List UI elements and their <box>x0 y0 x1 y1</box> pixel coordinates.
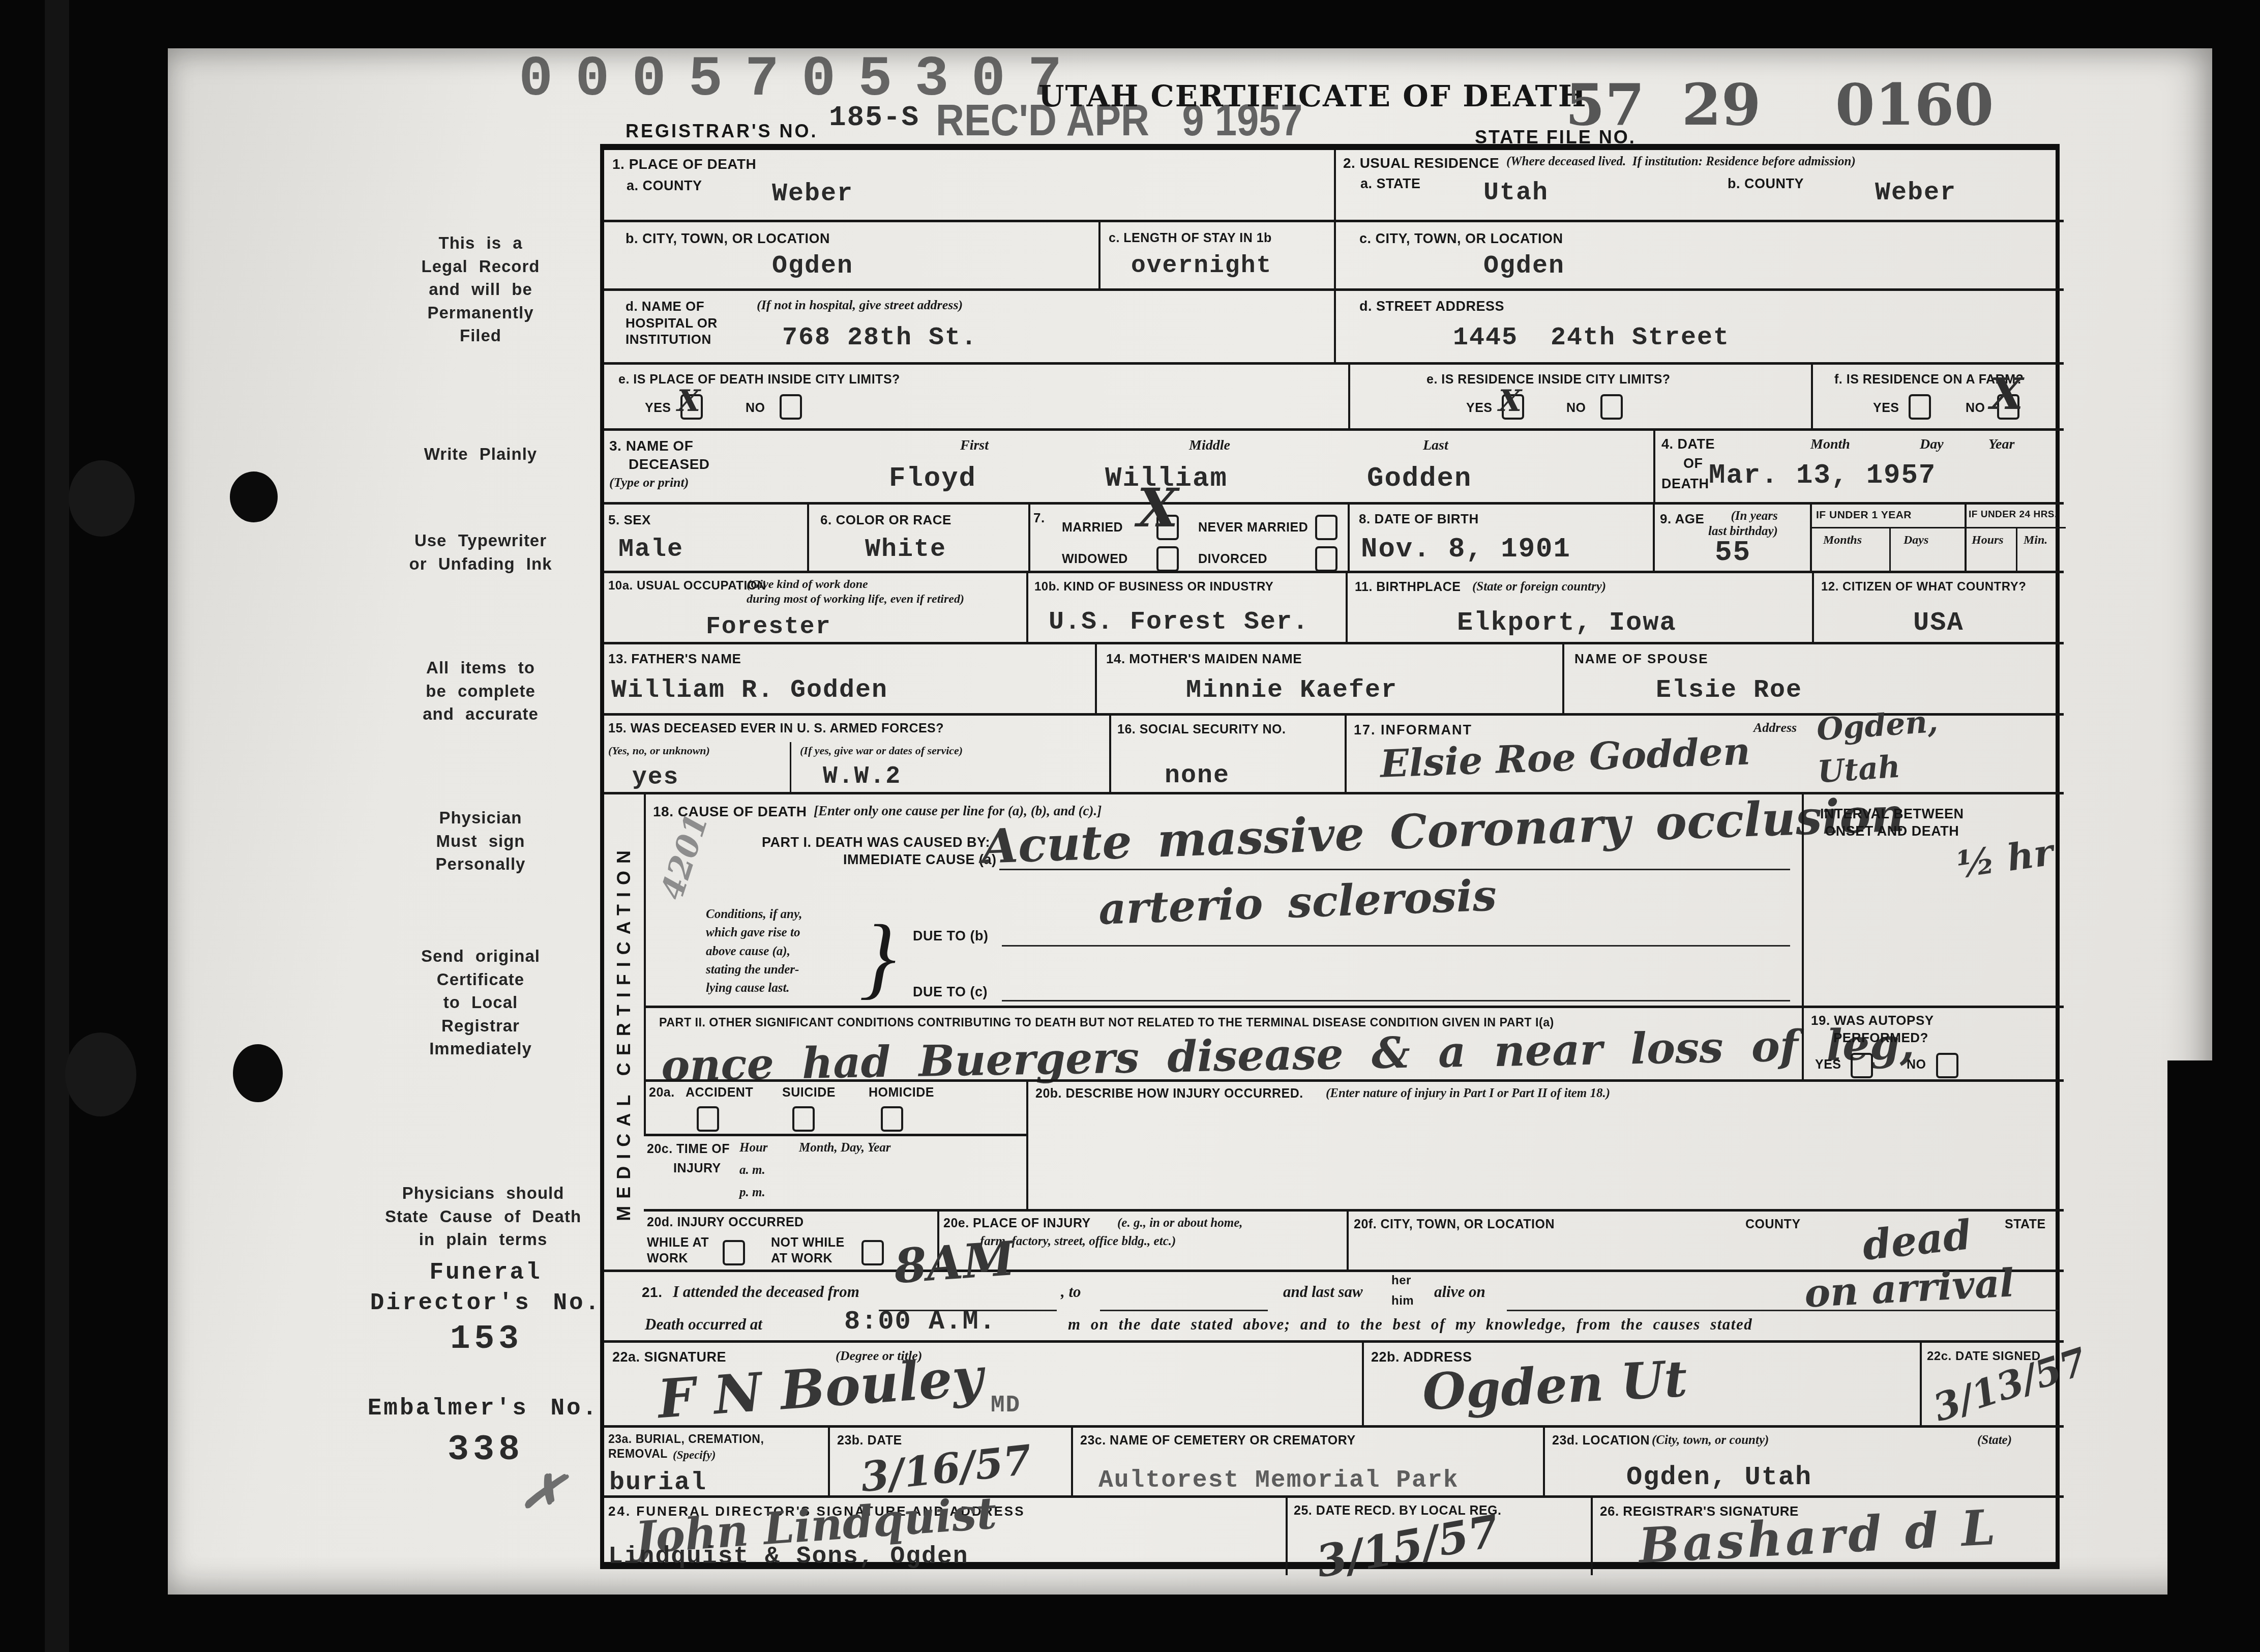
cell-race: 6. COLOR OR RACE White <box>807 502 1028 571</box>
injury-city-label: 20f. CITY, TOWN, OR LOCATION <box>1354 1217 1555 1232</box>
residence-city-label: c. CITY, TOWN, OR LOCATION <box>1359 230 1563 248</box>
yes-label: YES <box>645 400 671 416</box>
cell-2ab: 2. USUAL RESIDENCE (Where deceased lived… <box>1334 150 2064 220</box>
date-received-value: 3/15/57 <box>1314 1510 1502 1583</box>
cause-b-value: arterio sclerosis <box>1098 875 1497 929</box>
cell-dob: 8. DATE OF BIRTH Nov. 8, 1901 <box>1348 502 1653 571</box>
cell-informant: 17. INFORMANT Address Elsie Roe Godden O… <box>1345 713 2064 792</box>
informant-label: 17. INFORMANT <box>1354 722 1472 739</box>
cell-1a: 1. PLACE OF DEATH a. COUNTY Weber <box>604 150 1334 220</box>
registrars-no-value: 185-S <box>829 103 919 132</box>
street-address-value: 1445 24th Street <box>1453 326 1730 351</box>
place-of-injury-label: 20e. PLACE OF INJURY <box>943 1216 1091 1231</box>
cell-physician-address: 22b. ADDRESS Ogden Ut <box>1362 1340 1920 1425</box>
border-left <box>0 0 168 1652</box>
month-header: Month <box>1810 436 1850 453</box>
cell-spouse: NAME OF SPOUSE Elsie Roe <box>1562 642 2064 713</box>
embalmers-no-label: Embalmer's No. <box>336 1394 631 1424</box>
cemetery-label: 23c. NAME OF CEMETERY OR CREMATORY <box>1080 1433 1356 1449</box>
cell-occupation: 10a. USUAL OCCUPATION (Give kind of work… <box>604 571 1026 642</box>
cell-mother: 14. MOTHER'S MAIDEN NAME Minnie Kaefer <box>1095 642 1562 713</box>
suicide-checkbox <box>792 1106 815 1132</box>
county-label: a. COUNTY <box>627 178 702 195</box>
homicide-label: HOMICIDE <box>869 1085 934 1101</box>
mdy-header: Month, Day, Year <box>799 1140 891 1156</box>
alive-on-value: on arrival <box>1803 1264 2015 1312</box>
armed-forces-note1: (Yes, no, or unknown) <box>608 744 710 757</box>
hospital-note: (If not in hospital, give street address… <box>757 297 963 313</box>
no-label: NO <box>1966 400 1985 416</box>
farm-yes-checkbox <box>1909 394 1931 420</box>
county-of-death-value: Weber <box>772 182 853 207</box>
death-time-value: 8:00 A.M. <box>844 1309 996 1335</box>
hours-header: Hours <box>1972 533 2004 548</box>
cell-date-signed: 22c. DATE SIGNED 3/13/57 <box>1920 1340 2064 1425</box>
am-label: a. m. <box>739 1163 765 1178</box>
cell-20b: 20b. DESCRIBE HOW INJURY OCCURRED. (Ente… <box>1026 1079 2064 1209</box>
due-to-c-label: DUE TO (c) <box>913 984 988 1001</box>
cell-sex: 5. SEX Male <box>604 502 807 571</box>
cell-1b: b. CITY, TOWN, OR LOCATION Ogden <box>604 220 1098 288</box>
res-city-limits-no-checkbox <box>1600 394 1623 420</box>
cell-citizen: 12. CITIZEN OF WHAT COUNTRY? USA <box>1812 571 2064 642</box>
pm-label: p. m. <box>739 1185 765 1200</box>
her-label: her <box>1391 1273 1411 1288</box>
occupation-note: (Give kind of work done during most of w… <box>747 577 964 607</box>
name-label-2: DECEASED <box>629 455 710 473</box>
while-at-work-checkbox <box>723 1240 745 1265</box>
certificate-form: 1. PLACE OF DEATH a. COUNTY Weber 2. USU… <box>600 144 2060 1569</box>
yes-label: YES <box>1466 400 1493 416</box>
married-check: X <box>1137 483 1178 534</box>
him-label: him <box>1391 1293 1414 1309</box>
margin-note-complete: All items to be complete and accurate <box>359 656 603 726</box>
spouse-value: Elsie Roe <box>1656 678 1802 703</box>
cell-part2: PART II. OTHER SIGNIFICANT CONDITIONS CO… <box>644 1006 1802 1079</box>
death-city-limits-yes-check: X <box>677 387 700 415</box>
injury-occurred-label: 20b. DESCRIBE HOW INJURY OCCURRED. <box>1035 1086 1303 1102</box>
autopsy-no-checkbox <box>1936 1053 1958 1078</box>
under-1-year-vdivider <box>1889 527 1891 573</box>
margin-note-plain-terms: Physicians should State Cause of Death i… <box>341 1182 626 1251</box>
residence-county-label: b. COUNTY <box>1728 175 1804 193</box>
birthplace-label: 11. BIRTHPLACE <box>1355 579 1461 595</box>
cell-cause-of-death: 18. CAUSE OF DEATH [Enter only one cause… <box>644 792 1802 1006</box>
no-label: NO <box>746 400 765 416</box>
cell-autopsy: 19. WAS AUTOPSY PERFORMED? YES NO <box>1802 1006 2064 1079</box>
cell-2d: d. STREET ADDRESS 1445 24th Street <box>1334 288 2064 362</box>
conditions-brace: } <box>859 902 896 1012</box>
cell-armed-forces: 15. WAS DECEASED EVER IN U. S. ARMED FOR… <box>604 713 1109 792</box>
cell-date-received: 25. DATE RECD. BY LOCAL REG. 3/15/57 <box>1286 1495 1591 1575</box>
certificate-paper: 0005705307 REGISTRAR'S NO. 185-S REC'D A… <box>168 48 2212 1595</box>
autopsy-yes-checkbox <box>1851 1053 1873 1078</box>
cell-age: 9. AGE (In years last birthday) 55 <box>1653 502 1810 571</box>
accident-checkbox <box>697 1106 719 1132</box>
name-note: (Type or print) <box>609 475 689 490</box>
cell-20a: 20a. ACCIDENT SUICIDE HOMICIDE <box>644 1079 1026 1134</box>
mother-value: Minnie Kaefer <box>1186 678 1397 703</box>
autopsy-label-2: PERFORMED? <box>1833 1029 1928 1046</box>
cell-res-city-limits: e. IS RESIDENCE INSIDE CITY LIMITS? YES … <box>1348 362 1811 428</box>
occupation-value: Forester <box>706 615 831 639</box>
no-label: NO <box>1566 400 1586 416</box>
funeral-director-value: Lindquist & Sons, Ogden <box>608 1545 969 1569</box>
accident-label: ACCIDENT <box>686 1085 753 1101</box>
length-of-stay-value: overnight <box>1131 254 1272 278</box>
attended-num: 21. <box>642 1283 662 1301</box>
yes-label: YES <box>1873 400 1899 416</box>
citizen-value: USA <box>1913 610 1964 636</box>
margin-note-physician-sign: Physician Must sign Personally <box>359 806 603 876</box>
time-of-injury-label-2: INJURY <box>673 1161 721 1176</box>
funeral-directors-no-value: 153 <box>450 1322 523 1356</box>
industry-value: U.S. Forest Ser. <box>1049 610 1309 635</box>
cell-industry: 10b. KIND OF BUSINESS OR INDUSTRY U.S. F… <box>1026 571 1346 642</box>
burial-location-note: (City, town, or county) <box>1652 1433 1769 1448</box>
cell-burial: 23a. BURIAL, CREMATION, REMOVAL (Specify… <box>604 1425 828 1495</box>
father-value: William R. Godden <box>611 678 888 703</box>
corner-wedge <box>2167 1060 2260 1652</box>
time-of-injury-label-1: 20c. TIME OF <box>647 1141 730 1157</box>
not-while-at-work-label: NOT WHILE AT WORK <box>771 1235 845 1267</box>
death-city-limits-label: e. IS PLACE OF DEATH INSIDE CITY LIMITS? <box>618 372 900 388</box>
dod-label-1: 4. DATE <box>1661 436 1715 453</box>
immediate-cause-label: IMMEDIATE CAUSE (a) <box>843 851 997 869</box>
months-header: Months <box>1823 533 1862 548</box>
film-hole-shadow-top <box>69 460 135 537</box>
burial-location-value: Ogden, Utah <box>1626 1464 1812 1491</box>
burial-date-label: 23b. DATE <box>837 1433 902 1449</box>
scanned-death-certificate: 0005705307 REGISTRAR'S NO. 185-S REC'D A… <box>0 0 2260 1652</box>
injury-occurred-note: (Enter nature of injury in Part I or Par… <box>1326 1086 1610 1101</box>
race-label: 6. COLOR OR RACE <box>820 512 951 528</box>
part2-value: once had Buergers disease & a near loss … <box>661 1023 1915 1086</box>
dead-hand-note: dead <box>1861 1215 1973 1265</box>
street-address-label: d. STREET ADDRESS <box>1359 298 1504 315</box>
conditions-note: Conditions, if any, which gave rise to a… <box>706 905 802 997</box>
state-file-no-stamp: 57 29 0160 <box>1565 72 1994 138</box>
marital-num: 7. <box>1033 510 1045 526</box>
cell-birthplace: 11. BIRTHPLACE (State or foreign country… <box>1346 571 1812 642</box>
date-of-death-value: Mar. 13, 1957 <box>1709 462 1936 490</box>
medical-certification-strip: MEDICAL CERTIFICATION <box>604 792 644 1270</box>
race-value: White <box>865 537 946 563</box>
divorced-checkbox <box>1315 546 1337 572</box>
city-of-death-label: b. CITY, TOWN, OR LOCATION <box>626 230 830 248</box>
first-name-value: Floyd <box>889 465 976 493</box>
certificate-title: UTAH CERTIFICATE OF DEATH <box>1038 79 1587 113</box>
burial-value: burial <box>609 1470 707 1496</box>
margin-note-send-original: Send original Certificate to Local Regis… <box>359 945 603 1060</box>
widowed-label: WIDOWED <box>1062 551 1128 567</box>
cell-20f: 20f. CITY, TOWN, OR LOCATION COUNTY STAT… <box>1347 1209 2064 1270</box>
age-label: 9. AGE <box>1660 511 1704 527</box>
state-label: a. STATE <box>1360 175 1421 193</box>
injury-state-header: STATE <box>2005 1217 2046 1232</box>
divorced-label: DIVORCED <box>1198 551 1267 567</box>
homicide-checkbox <box>881 1106 903 1132</box>
margin-note-legal-record: This is a Legal Record and will be Perma… <box>359 231 603 347</box>
min-header: Min. <box>2024 533 2047 548</box>
informant-address-line2: Utah <box>1817 752 1901 787</box>
hospital-name-label: d. NAME OF HOSPITAL OR INSTITUTION <box>626 298 718 348</box>
armed-forces-value: yes <box>632 765 679 790</box>
under-1-year-label: IF UNDER 1 YEAR <box>1816 509 1912 522</box>
cell-interval: INTERVAL BETWEEN ONSET AND DEATH ½ hr <box>1802 792 2064 1006</box>
part1-label: PART I. DEATH WAS CAUSED BY: <box>762 834 990 851</box>
cell-marital: 7. MARRIED X NEVER MARRIED WIDOWED DIVOR… <box>1028 502 1348 571</box>
sex-label: 5. SEX <box>608 512 651 528</box>
first-header: First <box>960 437 989 454</box>
registrars-no-label: REGISTRAR'S NO. <box>626 120 818 142</box>
border-top <box>0 0 2260 48</box>
never-married-label: NEVER MARRIED <box>1198 520 1308 536</box>
married-label: MARRIED <box>1062 520 1123 536</box>
medical-certification-label: MEDICAL CERTIFICATION <box>613 843 635 1221</box>
funeral-directors-no-label: Funeral Director's No. <box>343 1258 628 1319</box>
ssn-label: 16. SOCIAL SECURITY NO. <box>1117 722 1286 737</box>
residence-state-value: Utah <box>1483 181 1549 206</box>
informant-address-label: Address <box>1753 720 1797 735</box>
punch-hole-bottom <box>233 1044 283 1102</box>
year-header: Year <box>1988 436 2014 453</box>
residence-city-value: Ogden <box>1483 254 1565 279</box>
day-header: Day <box>1920 436 1944 453</box>
father-label: 13. FATHER'S NAME <box>608 651 741 667</box>
under-24-vdivider <box>2016 527 2017 573</box>
sex-value: Male <box>618 537 683 563</box>
armed-forces-divider <box>790 742 791 794</box>
cell-2c: c. CITY, TOWN, OR LOCATION Ogden <box>1334 220 2064 288</box>
burial-specify-note: (Specify) <box>673 1448 716 1462</box>
cell-attended: 21. I attended the deceased from 8AM , t… <box>604 1270 2064 1340</box>
place-of-death-title: 1. PLACE OF DEATH <box>612 155 756 173</box>
middle-header: Middle <box>1189 437 1230 454</box>
armed-forces-label: 15. WAS DECEASED EVER IN U. S. ARMED FOR… <box>608 721 944 736</box>
death-occurred-text: Death occurred at <box>645 1315 762 1334</box>
physician-address-value: Ogden Ut <box>1421 1355 1688 1416</box>
dod-label-2: OF <box>1683 455 1703 473</box>
widowed-checkbox <box>1156 546 1179 572</box>
cemetery-value: Aultorest Memorial Park <box>1098 1468 1459 1493</box>
cell-name-of-deceased: 3. NAME OF DECEASED (Type or print) Firs… <box>604 428 1653 502</box>
never-married-checkbox <box>1315 515 1337 540</box>
mother-label: 14. MOTHER'S MAIDEN NAME <box>1106 651 1302 667</box>
injury-county-header: COUNTY <box>1745 1217 1801 1232</box>
citizen-label: 12. CITIZEN OF WHAT COUNTRY? <box>1821 579 2026 595</box>
last-header: Last <box>1423 437 1448 454</box>
cell-funeral-director: 24. FUNERAL DIRECTOR'S SIGNATURE AND ADD… <box>604 1495 1286 1575</box>
dob-label: 8. DATE OF BIRTH <box>1359 511 1479 527</box>
while-at-work-label: WHILE AT WORK <box>647 1235 709 1267</box>
margin-x-mark: ✗ <box>518 1465 567 1519</box>
death-occurred-tail: m on the date stated above; and to the b… <box>1068 1315 1752 1334</box>
margin-note-typewriter: Use Typewriter or Unfading Ink <box>359 529 603 575</box>
punch-hole-top <box>230 471 278 522</box>
place-of-injury-note: (e. g., in or about home, <box>1117 1216 1243 1231</box>
dod-label-3: DEATH <box>1661 476 1709 493</box>
border-bottom <box>0 1595 2260 1652</box>
residence-county-value: Weber <box>1875 181 1956 206</box>
injury-where-label: 20d. INJURY OCCURRED <box>647 1215 804 1230</box>
attended-text-2: , to <box>1061 1282 1081 1301</box>
yes-label: YES <box>1815 1057 1841 1073</box>
attended-to-line <box>1100 1286 1268 1311</box>
cell-date-of-death: 4. DATE OF DEATH Month Day Year Mar. 13,… <box>1653 428 2064 502</box>
cell-death-city-limits: e. IS PLACE OF DEATH INSIDE CITY LIMITS?… <box>604 362 1348 428</box>
cell-1c: c. LENGTH OF STAY IN 1b overnight <box>1098 220 1334 288</box>
res-city-limits-yes-check: X <box>1499 387 1522 415</box>
cell-registrar-signature: 26. REGISTRAR'S SIGNATURE Bashard d L <box>1591 1495 2064 1575</box>
burial-state-note: (State) <box>1977 1433 2012 1448</box>
cause-c-line <box>1002 977 1790 1001</box>
cell-under-1-year: IF UNDER 1 YEAR Months Days <box>1810 502 1965 571</box>
name-label-1: 3. NAME OF <box>609 437 693 455</box>
no-label: NO <box>1907 1057 1926 1073</box>
film-hole-shadow-bottom <box>65 1032 136 1116</box>
signature-label: 22a. SIGNATURE <box>612 1349 726 1366</box>
war-value: W.W.2 <box>823 764 901 789</box>
cell-burial-location: 23d. LOCATION (City, town, or county) (S… <box>1543 1425 2064 1495</box>
usual-residence-note: (Where deceased lived. If institution: R… <box>1506 154 1856 169</box>
interval-label: INTERVAL BETWEEN ONSET AND DEATH <box>1820 806 1964 840</box>
spouse-label: NAME OF SPOUSE <box>1574 651 1708 667</box>
cell-burial-date: 23b. DATE 3/16/57 <box>828 1425 1071 1495</box>
md-value: MD <box>991 1394 1021 1417</box>
farm-no-check: X <box>1990 374 2023 415</box>
res-city-limits-label: e. IS RESIDENCE INSIDE CITY LIMITS? <box>1426 372 1671 388</box>
cell-under-24-hrs: IF UNDER 24 HRS. Hours Min. <box>1965 502 2064 571</box>
usual-residence-title: 2. USUAL RESIDENCE <box>1343 154 1499 172</box>
cell-cemetery: 23c. NAME OF CEMETERY OR CREMATORY Aulto… <box>1071 1425 1543 1495</box>
industry-label: 10b. KIND OF BUSINESS OR INDUSTRY <box>1034 579 1273 595</box>
informant-address-line1: Ogden, <box>1816 707 1939 745</box>
days-header: Days <box>1904 533 1928 548</box>
due-to-b-label: DUE TO (b) <box>913 928 989 945</box>
suicide-label: SUICIDE <box>782 1085 836 1101</box>
under-24-hrs-label: IF UNDER 24 HRS. <box>1969 509 2058 521</box>
death-city-limits-no-checkbox <box>780 394 802 420</box>
dob-value: Nov. 8, 1901 <box>1361 536 1571 564</box>
birthplace-note: (State or foreign country) <box>1472 579 1606 595</box>
hour-header: Hour <box>739 1140 768 1156</box>
cell-1d: d. NAME OF HOSPITAL OR INSTITUTION (If n… <box>604 288 1334 362</box>
birthplace-value: Elkport, Iowa <box>1457 610 1677 636</box>
ssn-value: none <box>1165 763 1230 789</box>
age-note: (In years last birthday) <box>1708 509 1778 539</box>
margin-note-write-plainly: Write Plainly <box>359 442 603 466</box>
cell-father: 13. FATHER'S NAME William R. Godden <box>604 642 1095 713</box>
attended-text-1: I attended the deceased from <box>673 1282 859 1301</box>
cell-ssn: 16. SOCIAL SECURITY NO. none <box>1109 713 1345 792</box>
autopsy-label-1: 19. WAS AUTOPSY <box>1811 1012 1934 1029</box>
age-value: 55 <box>1715 538 1751 567</box>
accident-num: 20a. <box>649 1085 675 1101</box>
armed-forces-note2: (If yes, give war or dates of service) <box>800 744 963 757</box>
burial-location-label: 23d. LOCATION <box>1552 1433 1650 1449</box>
cell-physician-signature: 22a. SIGNATURE (Degree or title) F N Bou… <box>604 1340 1362 1425</box>
length-of-stay-label: c. LENGTH OF STAY IN 1b <box>1109 230 1272 246</box>
occupation-label: 10a. USUAL OCCUPATION <box>608 578 766 594</box>
last-name-value: Godden <box>1367 465 1472 493</box>
embalmers-no-value: 338 <box>448 1433 524 1468</box>
attended-from-value: 8AM <box>893 1236 1016 1289</box>
cause-of-death-header: 18. CAUSE OF DEATH <box>653 803 807 820</box>
cell-farm: f. IS RESIDENCE ON A FARM? YES NO X <box>1811 362 2064 428</box>
informant-signature: Elsie Roe Godden <box>1380 733 1751 782</box>
interval-value: ½ hr <box>1954 835 2055 882</box>
attended-text-4: alive on <box>1434 1282 1485 1301</box>
attended-text-3: and last saw <box>1283 1282 1363 1301</box>
city-of-death-value: Ogden <box>772 254 853 279</box>
hospital-or-address-value: 768 28th St. <box>782 326 977 351</box>
cell-20c: 20c. TIME OF INJURY Hour a. m. p. m. Mon… <box>644 1134 1026 1209</box>
not-while-at-work-checkbox <box>861 1240 884 1265</box>
film-streak <box>45 0 69 1652</box>
